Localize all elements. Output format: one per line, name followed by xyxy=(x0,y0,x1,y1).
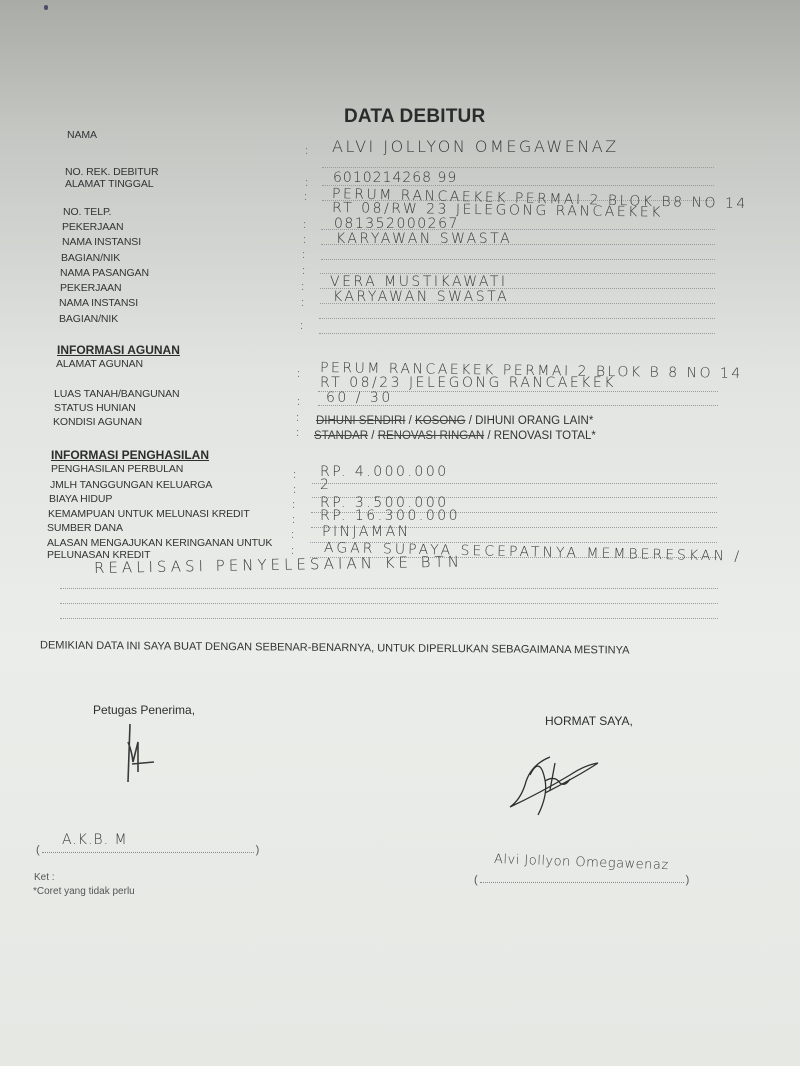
applicant-name: Alvi Jollyon Omegawenaz xyxy=(494,852,669,873)
value-no-rek: 6010214268 99 xyxy=(333,170,457,186)
colon: : xyxy=(305,145,308,157)
colon: : xyxy=(301,281,304,293)
status-hunian-options: DIHUNI SENDIRI / KOSONG / DIHUNI ORANG L… xyxy=(316,415,593,427)
colon: : xyxy=(301,297,304,309)
officer-name: A.K.B. M xyxy=(62,832,128,848)
value-sumber-dana: PINJAMAN xyxy=(322,524,411,540)
label-instansi: NAMA INSTANSI xyxy=(62,236,141,248)
colon: : xyxy=(292,499,295,511)
note-text: *Coret yang tidak perlu xyxy=(33,886,135,897)
colon: : xyxy=(296,427,299,439)
label-kemampuan: KEMAMPUAN UNTUK MELUNASI KREDIT xyxy=(48,508,250,520)
label-biaya-hidup: BIAYA HIDUP xyxy=(49,493,112,505)
section-penghasilan: INFORMASI PENGHASILAN xyxy=(51,448,209,462)
label-bagian-pasangan: BAGIAN/NIK xyxy=(59,313,118,325)
label-instansi-pasangan: NAMA INSTANSI xyxy=(59,297,138,309)
colon: : xyxy=(291,529,294,541)
struck-option: RENOVASI RINGAN xyxy=(378,430,485,442)
colon: : xyxy=(304,191,307,203)
fill-line xyxy=(319,333,715,334)
declaration-statement: DEMIKIAN DATA INI SAYA BUAT DENGAN SEBEN… xyxy=(40,639,629,656)
value-pekerjaan-pasangan: KARYAWAN SWASTA xyxy=(333,289,509,305)
struck-option: DIHUNI SENDIRI xyxy=(316,415,405,427)
label-status: STATUS HUNIAN xyxy=(54,402,136,414)
applicant-label: HORMAT SAYA, xyxy=(545,714,633,728)
fill-line xyxy=(60,618,718,619)
fill-line xyxy=(322,167,714,168)
label-alamat-agunan: ALAMAT AGUNAN xyxy=(56,358,143,370)
value-telp: 081352000267 xyxy=(334,216,459,232)
fill-line xyxy=(319,318,715,319)
value-alamat-agunan-2: RT 08/23 JELEGONG RANCAEKEK xyxy=(320,375,616,391)
colon: : xyxy=(303,219,306,231)
colon: : xyxy=(305,177,308,189)
value-tanggungan: 2 xyxy=(320,477,331,493)
value-luas: 60 / 30 xyxy=(326,390,393,406)
label-telp: NO. TELP. xyxy=(63,206,111,218)
label-alamat: ALAMAT TINGGAL xyxy=(65,178,153,190)
struck-option: STANDAR xyxy=(314,430,368,442)
value-penghasilan: RP. 4.000.000 xyxy=(320,464,449,480)
colon: : xyxy=(302,249,305,261)
label-alasan-1: ALASAN MENGAJUKAN KERINGANAN UNTUK xyxy=(47,537,272,549)
kondisi-agunan-options: STANDAR / RENOVASI RINGAN / RENOVASI TOT… xyxy=(314,430,596,442)
label-pekerjaan-pasangan: PEKERJAAN xyxy=(60,282,122,294)
section-agunan: INFORMASI AGUNAN xyxy=(57,343,180,357)
label-nama: NAMA xyxy=(67,129,97,141)
value-pekerjaan: KARYAWAN SWASTA xyxy=(336,231,512,247)
applicant-signature xyxy=(500,745,610,825)
note-title: Ket : xyxy=(34,872,55,883)
label-bagian: BAGIAN/NIK xyxy=(61,252,120,264)
colon: : xyxy=(300,320,303,332)
label-sumber-dana: SUMBER DANA xyxy=(47,522,123,534)
officer-signature xyxy=(118,722,158,802)
selected-option: / xyxy=(368,430,378,442)
colon: : xyxy=(303,234,306,246)
paper-speck xyxy=(44,5,48,10)
fill-line xyxy=(60,588,718,589)
label-pekerjaan: PEKERJAAN xyxy=(62,221,124,233)
struck-option: KOSONG xyxy=(415,415,465,427)
value-kemampuan: RP. 16.300.000 xyxy=(320,508,460,524)
label-penghasilan: PENGHASILAN PERBULAN xyxy=(51,463,183,475)
colon: : xyxy=(296,412,299,424)
fill-line xyxy=(321,259,715,260)
label-no-rek: NO. REK. DEBITUR xyxy=(65,166,159,178)
selected-option: / RENOVASI TOTAL* xyxy=(484,430,596,442)
colon: : xyxy=(297,396,300,408)
selected-option: / xyxy=(405,415,415,427)
label-luas: LUAS TANAH/BANGUNAN xyxy=(54,388,180,400)
label-kondisi: KONDISI AGUNAN xyxy=(53,416,142,428)
colon: : xyxy=(292,514,295,526)
label-pasangan: NAMA PASANGAN xyxy=(60,267,149,279)
value-pasangan: VERA MUSTIKAWATI xyxy=(330,274,508,290)
officer-label: Petugas Penerima, xyxy=(93,703,195,717)
fill-line xyxy=(312,483,717,484)
colon: : xyxy=(297,368,300,380)
colon: : xyxy=(293,484,296,496)
fill-line xyxy=(60,603,718,604)
selected-option: / DIHUNI ORANG LAIN* xyxy=(466,415,594,427)
colon: : xyxy=(302,265,305,277)
document-title: DATA DEBITUR xyxy=(344,106,485,128)
value-nama: ALVI JOLLYON OMEGAWENAZ xyxy=(332,137,619,156)
applicant-name-line: () xyxy=(474,874,689,886)
label-tanggungan: JMLH TANGGUNGAN KELUARGA xyxy=(50,479,212,491)
colon: : xyxy=(293,469,296,481)
